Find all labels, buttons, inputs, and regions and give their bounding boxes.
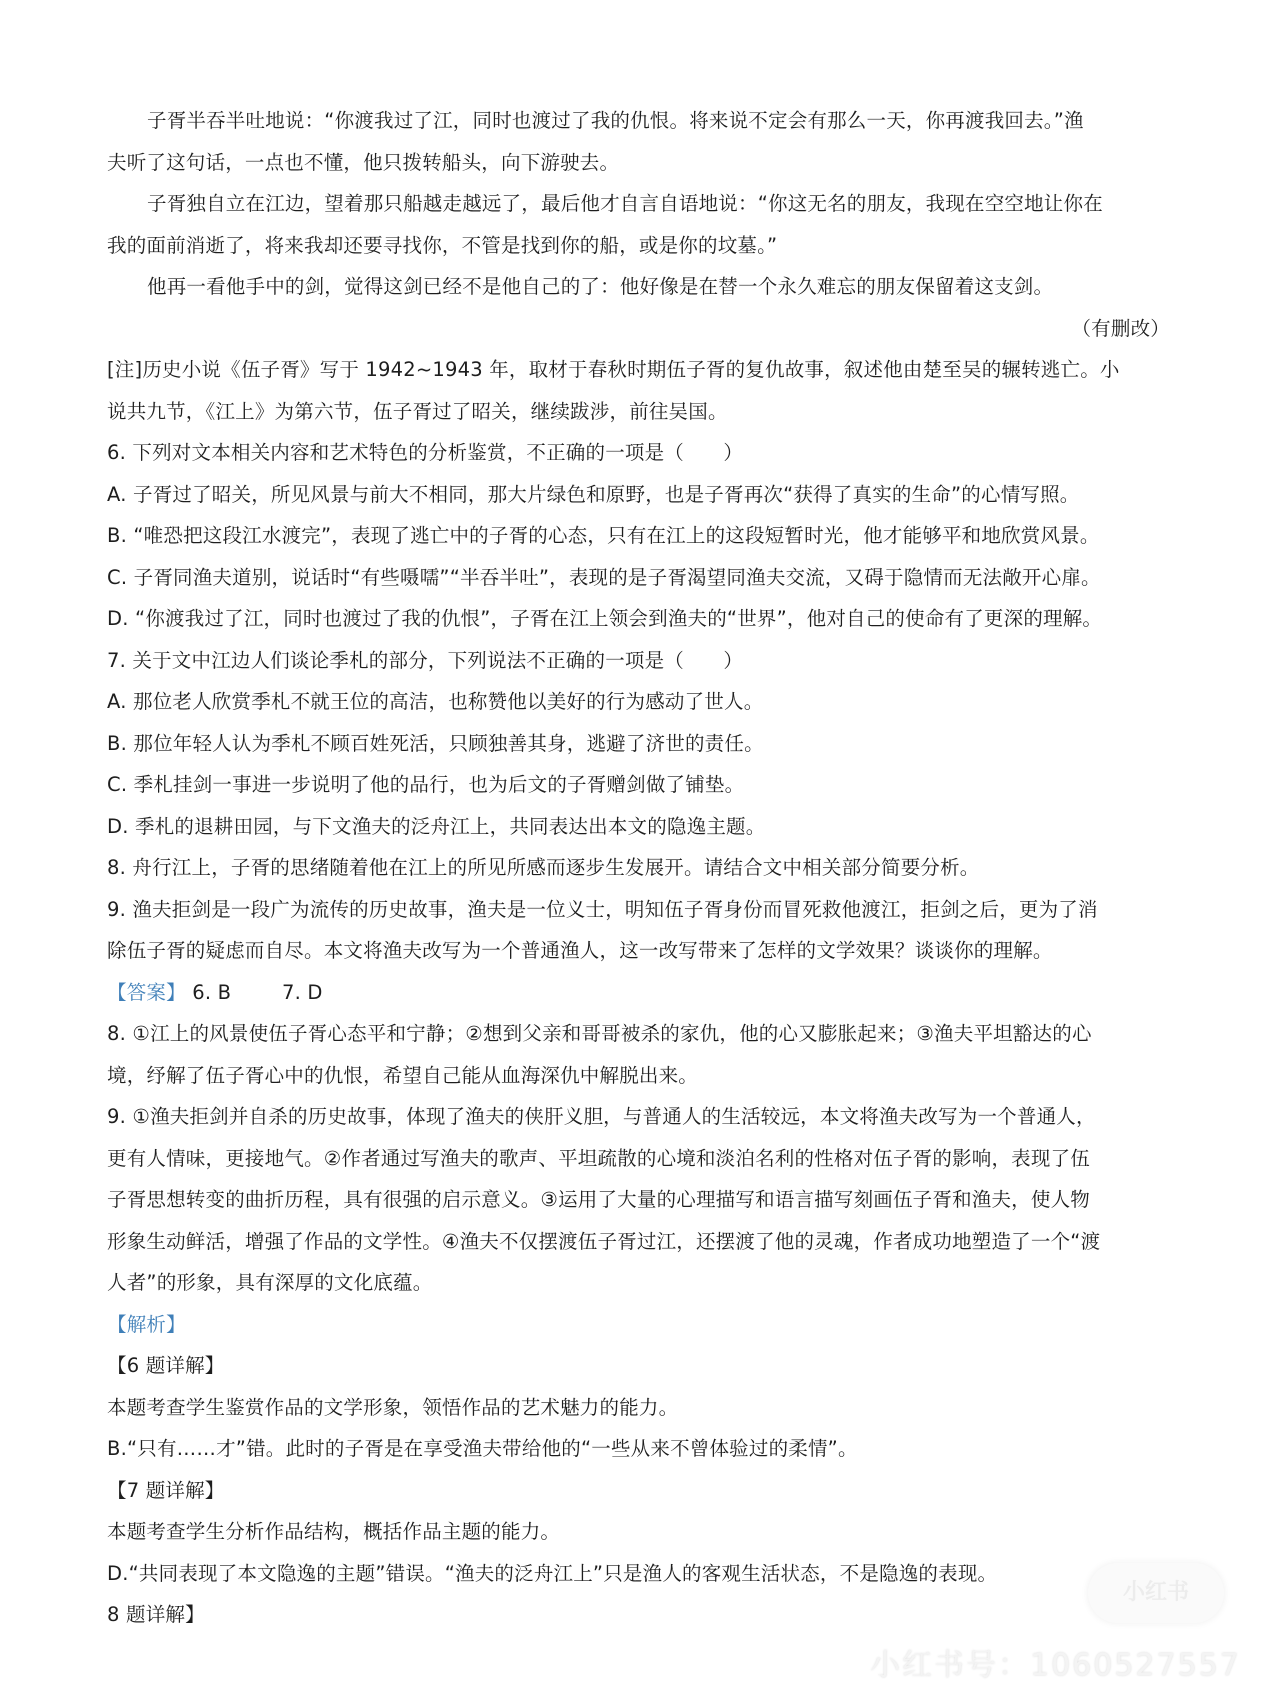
document-page: 子胥半吞半吐地说：“你渡我过了江，同时也渡过了我的仇恨。将来说不定会有那么一天，… <box>107 100 1182 1636</box>
answer-q6: 6. B <box>192 981 231 1004</box>
analysis-q7-line2: D.“共同表现了本文隐逸的主题”错误。“渔夫的泛舟江上”只是渔人的客观生活状态，… <box>107 1553 1182 1595</box>
annotation-line2: 说共九节，《江上》为第六节，伍子胥过了昭关，继续跋涉，前往吴国。 <box>107 391 1182 433</box>
question-7-option-c: C. 季札挂剑一事进一步说明了他的品行，也为后文的子胥赠剑做了铺垫。 <box>107 764 1182 806</box>
question-7-option-b: B. 那位年轻人认为季札不顾百姓死活，只顾独善其身，逃避了济世的责任。 <box>107 723 1182 765</box>
analysis-label: 【解析】 <box>107 1304 1182 1346</box>
question-7-option-d: D. 季札的退耕田园，与下文渔夫的泛舟江上，共同表达出本文的隐逸主题。 <box>107 806 1182 848</box>
analysis-q6-heading: 【6 题详解】 <box>107 1345 1182 1387</box>
question-9-stem-line1: 9. 渔夫拒剑是一段广为流传的历史故事，渔夫是一位义士，明知伍子胥身份而冒死救他… <box>107 889 1182 931</box>
question-7-stem: 7. 关于文中江边人们谈论季札的部分，下列说法不正确的一项是（ ） <box>107 640 1182 682</box>
answer-q9-line3: 子胥思想转变的曲折历程，具有很强的启示意义。③运用了大量的心理描写和语言描写刻画… <box>107 1179 1182 1221</box>
answer-q9-line4: 形象生动鲜活，增强了作品的文学性。④渔夫不仅摆渡伍子胥过江，还摆渡了他的灵魂，作… <box>107 1221 1182 1263</box>
passage-p2-line1: 子胥独自立在江边，望着那只船越走越远了，最后他才自言自语地说：“你这无名的朋友，… <box>107 183 1182 225</box>
passage-p1-line2: 夫听了这句话，一点也不懂，他只拨转船头，向下游驶去。 <box>107 142 1182 184</box>
question-6-option-d: D. “你渡我过了江，同时也渡过了我的仇恨”，子胥在江上领会到渔夫的“世界”，他… <box>107 598 1182 640</box>
answer-q8-line2: 境，纾解了伍子胥心中的仇恨，希望自己能从血海深仇中解脱出来。 <box>107 1055 1182 1097</box>
watermark-logo: 小红书 <box>1088 1563 1224 1623</box>
answer-q8-line1: 8. ①江上的风景使伍子胥心态平和宁静；②想到父亲和哥哥被杀的家仇，他的心又膨胀… <box>107 1013 1182 1055</box>
answer-q7: 7. D <box>282 981 323 1004</box>
question-7-option-a: A. 那位老人欣赏季札不就王位的高洁，也称赞他以美好的行为感动了世人。 <box>107 681 1182 723</box>
analysis-q6-line2: B.“只有……才”错。此时的子胥是在享受渔夫带给他的“一些从来不曾体验过的柔情”… <box>107 1428 1182 1470</box>
answer-label: 【答案】 <box>107 981 186 1004</box>
answer-q9-line2: 更有人情味，更接地气。②作者通过写渔夫的歌声、平坦疏散的心境和淡泊名利的性格对伍… <box>107 1138 1182 1180</box>
annotation-line1: [注]历史小说《伍子胥》写于 1942~1943 年，取材于春秋时期伍子胥的复仇… <box>107 349 1182 391</box>
answer-row: 【答案】 6. B 7. D <box>107 972 1182 1014</box>
question-6-option-c: C. 子胥同渔夫道别，说话时“有些嗫嚅”“半吞半吐”，表现的是子胥渴望同渔夫交流… <box>107 557 1182 599</box>
analysis-q6-line1: 本题考查学生鉴赏作品的文学形象，领悟作品的艺术魅力的能力。 <box>107 1387 1182 1429</box>
answer-q9-line1: 9. ①渔夫拒剑并自杀的历史故事，体现了渔夫的侠肝义胆，与普通人的生活较远，本文… <box>107 1096 1182 1138</box>
question-8-stem: 8. 舟行江上，子胥的思绪随着他在江上的所见所感而逐步生发展开。请结合文中相关部… <box>107 847 1182 889</box>
analysis-q8-heading: 8 题详解】 <box>107 1594 1182 1636</box>
question-6-option-a: A. 子胥过了昭关，所见风景与前大不相同，那大片绿色和原野，也是子胥再次“获得了… <box>107 474 1182 516</box>
question-9-stem-line2: 除伍子胥的疑虑而自尽。本文将渔夫改写为一个普通渔人，这一改写带来了怎样的文学效果… <box>107 930 1182 972</box>
watermark-id: 小红书号：1060527557 <box>870 1640 1241 1684</box>
analysis-q7-heading: 【7 题详解】 <box>107 1470 1182 1512</box>
passage-p2-line2: 我的面前消逝了，将来我却还要寻找你，不管是找到你的船，或是你的坟墓。” <box>107 225 1182 267</box>
passage-p1-line1: 子胥半吞半吐地说：“你渡我过了江，同时也渡过了我的仇恨。将来说不定会有那么一天，… <box>107 100 1182 142</box>
source-note: （有删改） <box>107 308 1182 350</box>
answer-q9-line5: 人者”的形象，具有深厚的文化底蕴。 <box>107 1262 1182 1304</box>
passage-p3: 他再一看他手中的剑，觉得这剑已经不是他自己的了：他好像是在替一个永久难忘的朋友保… <box>107 266 1182 308</box>
question-6-stem: 6. 下列对文本相关内容和艺术特色的分析鉴赏，不正确的一项是（ ） <box>107 432 1182 474</box>
question-6-option-b: B. “唯恐把这段江水渡完”，表现了逃亡中的子胥的心态，只有在江上的这段短暂时光… <box>107 515 1182 557</box>
analysis-q7-line1: 本题考查学生分析作品结构，概括作品主题的能力。 <box>107 1511 1182 1553</box>
